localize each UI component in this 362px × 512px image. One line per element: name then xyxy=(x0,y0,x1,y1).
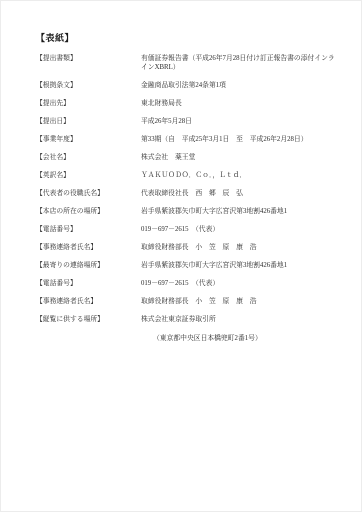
field-value: 取締役財務部長 小 笠 原 康 浩 xyxy=(141,297,339,306)
field-value: 東北財務局長 xyxy=(141,99,339,108)
field-label: 【事務連絡者氏名】 xyxy=(36,297,141,306)
field-row: 【事務連絡者氏名】取締役財務部長 小 笠 原 康 浩 xyxy=(36,297,339,306)
field-value: 第33期（自 平成25年3月1日 至 平成26年2月28日） xyxy=(141,135,339,144)
field-row: 【提出日】平成26年5月28日 xyxy=(36,117,339,126)
field-row: 【代表者の役職氏名】代表取締役社長 西 郷 辰 弘 xyxy=(36,189,339,198)
field-label: 【会社名】 xyxy=(36,153,141,162)
field-row: 【事務連絡者氏名】取締役財務部長 小 笠 原 康 浩 xyxy=(36,243,339,252)
field-value: 019－697－2615 （代表） xyxy=(141,279,339,288)
field-value: ＹＡＫＵＯＤＯ．Ｃｏ．，Ｌｔｄ． xyxy=(141,171,339,180)
field-value: 代表取締役社長 西 郷 辰 弘 xyxy=(141,189,339,198)
field-value: 平成26年5月28日 xyxy=(141,117,339,126)
field-row: 【根拠条文】金融商品取引法第24条第1項 xyxy=(36,81,339,90)
field-table: 【提出書類】有価証券報告書（平成26年7月28日付け訂正報告書の添付インラインX… xyxy=(36,54,339,352)
field-row: 【会社名】株式会社 薬王堂 xyxy=(36,153,339,162)
field-label: 【最寄りの連絡場所】 xyxy=(36,261,141,270)
field-row: 【本店の所在の場所】岩手県紫波郡矢巾町大字広宮沢第3地割426番地1 xyxy=(36,207,339,216)
field-label: 【提出日】 xyxy=(36,117,141,126)
field-value: 金融商品取引法第24条第1項 xyxy=(141,81,339,90)
field-label: 【縦覧に供する場所】 xyxy=(36,315,141,324)
field-row: 【電話番号】019－697－2615 （代表） xyxy=(36,225,339,234)
field-row: 【英訳名】ＹＡＫＵＯＤＯ．Ｃｏ．，Ｌｔｄ． xyxy=(36,171,339,180)
field-row: 【提出先】東北財務局長 xyxy=(36,99,339,108)
field-label: 【本店の所在の場所】 xyxy=(36,207,141,216)
field-value: 岩手県紫波郡矢巾町大字広宮沢第3地割426番地1 xyxy=(141,207,339,216)
field-value: 取締役財務部長 小 笠 原 康 浩 xyxy=(141,243,339,252)
document-page: 【表紙】 【提出書類】有価証券報告書（平成26年7月28日付け訂正報告書の添付イ… xyxy=(0,0,362,512)
field-row: 【電話番号】019－697－2615 （代表） xyxy=(36,279,339,288)
field-row: （東京都中央区日本橋兜町2番1号） xyxy=(36,333,339,343)
field-label: 【提出書類】 xyxy=(36,54,141,63)
field-label: 【電話番号】 xyxy=(36,225,141,234)
field-label: 【英訳名】 xyxy=(36,171,141,180)
field-label: 【根拠条文】 xyxy=(36,81,141,90)
field-value: 岩手県紫波郡矢巾町大字広宮沢第3地割426番地1 xyxy=(141,261,339,270)
field-label: 【事業年度】 xyxy=(36,135,141,144)
field-label: 【提出先】 xyxy=(36,99,141,108)
field-row: 【提出書類】有価証券報告書（平成26年7月28日付け訂正報告書の添付インラインX… xyxy=(36,54,339,72)
field-value: 有価証券報告書（平成26年7月28日付け訂正報告書の添付インラインXBRL） xyxy=(141,54,339,72)
page-title: 【表紙】 xyxy=(36,31,74,44)
field-label: 【代表者の役職氏名】 xyxy=(36,189,141,198)
field-row: 【縦覧に供する場所】株式会社東京証券取引所 xyxy=(36,315,339,324)
field-value: （東京都中央区日本橋兜町2番1号） xyxy=(141,334,339,343)
field-label: 【電話番号】 xyxy=(36,279,141,288)
field-label: 【事務連絡者氏名】 xyxy=(36,243,141,252)
field-row: 【事業年度】第33期（自 平成25年3月1日 至 平成26年2月28日） xyxy=(36,135,339,144)
field-value: 株式会社 薬王堂 xyxy=(141,153,339,162)
field-value: 019－697－2615 （代表） xyxy=(141,225,339,234)
field-row: 【最寄りの連絡場所】岩手県紫波郡矢巾町大字広宮沢第3地割426番地1 xyxy=(36,261,339,270)
field-value: 株式会社東京証券取引所 xyxy=(141,315,339,324)
